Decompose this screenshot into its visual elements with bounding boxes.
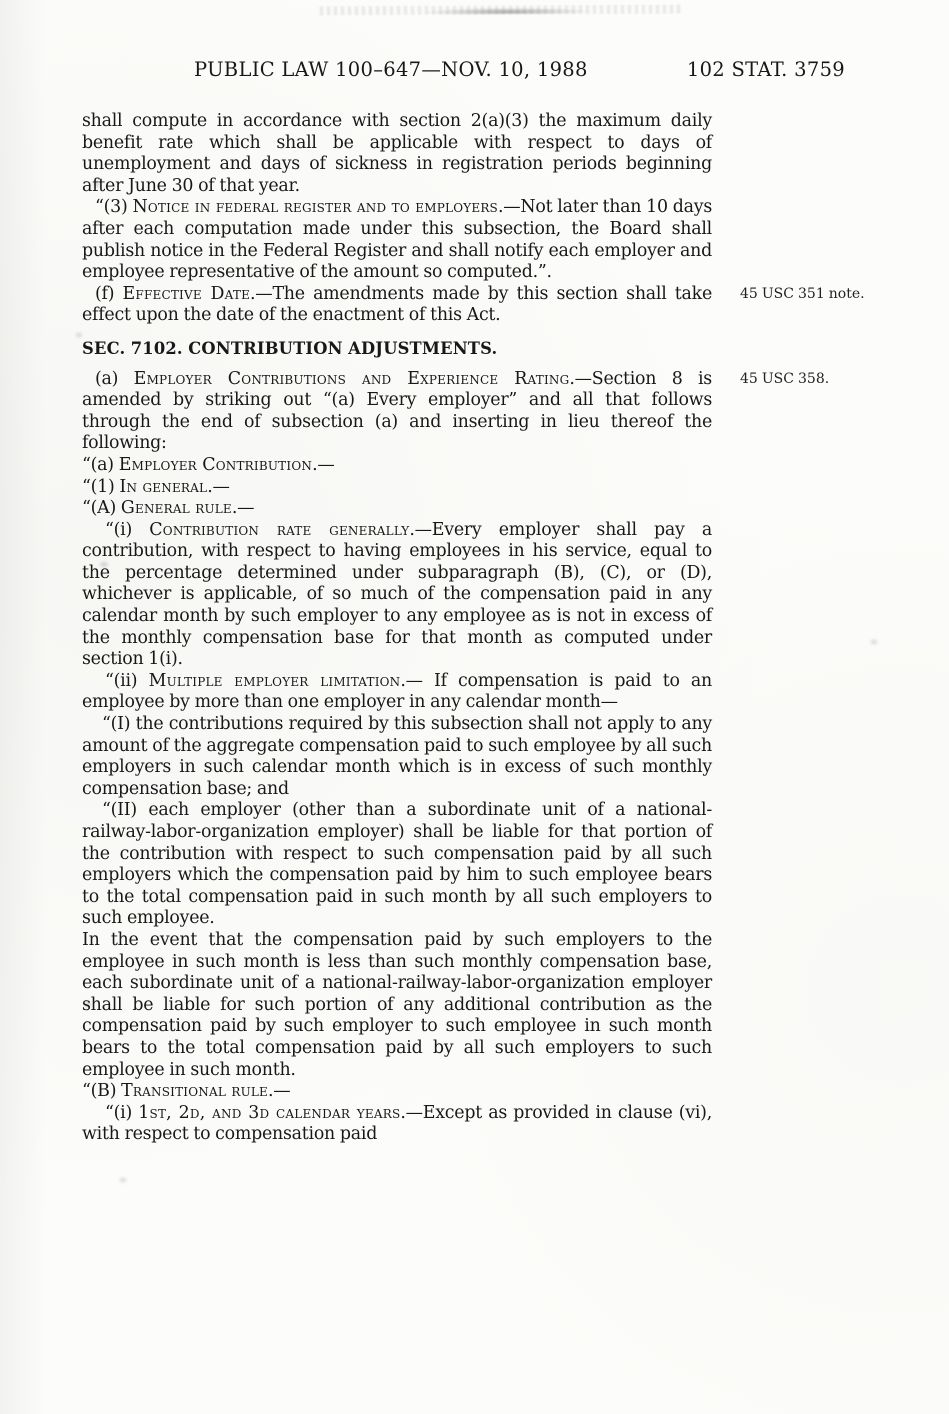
small-caps-run: Contribution rate generally — [149, 520, 409, 540]
para-3-notice-federal-register: “(3) Notice in federal register and to e… — [82, 197, 712, 283]
text-run: “(3) — [95, 197, 132, 217]
small-caps-run: 1st, 2d, and 3d calendar years — [138, 1103, 400, 1123]
margin-note: 45 USC 351 note. — [740, 286, 900, 303]
small-caps-run: General rule — [121, 498, 232, 518]
public-law-title: PUBLIC LAW 100–647—NOV. 10, 1988 — [194, 58, 588, 81]
para-II-employer-liable: “(II) each employer (other than a subord… — [82, 800, 712, 930]
para-I-contributions-aggregate: “(I) the contributions required by this … — [82, 714, 712, 800]
small-caps-run: Transitional rule — [121, 1081, 268, 1101]
text-run: (a) — [95, 369, 134, 389]
text-run: .— — [312, 455, 334, 475]
text-run: .— — [232, 498, 254, 518]
para-f-effective-date: (f) Effective Date.—The amendments made … — [82, 284, 712, 327]
para-i-contribution-rate: “(i) Contribution rate generally.—Every … — [82, 520, 712, 671]
scan-speck — [871, 640, 877, 644]
para-ii-multiple-employer: “(ii) Multiple employer limitation.— If … — [82, 671, 712, 714]
scan-edge-shadow — [0, 0, 46, 1414]
para-flush-in-the-event: In the event that the compensation paid … — [82, 930, 712, 1081]
text-run: “(i) — [105, 520, 149, 540]
para-a-employer-contribution: “(a) Employer Contribution.— — [82, 455, 712, 477]
para-B-transitional-rule: “(B) Transitional rule.— — [82, 1081, 712, 1103]
stat-page-number: 102 STAT. 3759 — [687, 58, 845, 81]
para-continuation-benefit-rate: shall compute in accordance with section… — [82, 111, 712, 197]
para-A-general-rule: “(A) General rule.— — [82, 498, 712, 520]
text-run: .—Every employer shall pay a contributio… — [82, 520, 712, 670]
small-caps-run: Multiple employer limitation — [149, 671, 401, 691]
small-caps-run: Employer Contribution — [119, 455, 312, 475]
scanned-statute-page: PUBLIC LAW 100–647—NOV. 10, 1988 102 STA… — [0, 0, 949, 1414]
text-run: (f) — [95, 284, 123, 304]
text-run: “(I) the contributions required by this … — [82, 714, 712, 799]
small-caps-run: Effective Date — [123, 284, 251, 304]
text-run: .— — [207, 477, 229, 497]
text-run: “(ii) — [105, 671, 149, 691]
para-1-in-general: “(1) In general.— — [82, 477, 712, 499]
heading-sec-7102: SEC. 7102. CONTRIBUTION ADJUSTMENTS. — [82, 338, 712, 360]
scan-speck — [120, 1178, 126, 1182]
text-run: In the event that the compensation paid … — [82, 930, 712, 1080]
small-caps-run: Employer Contributions and Experience Ra… — [134, 369, 570, 389]
text-run: “(1) — [82, 477, 119, 497]
margin-note: 45 USC 358. — [740, 371, 900, 388]
text-run: SEC. 7102. CONTRIBUTION ADJUSTMENTS. — [82, 339, 497, 358]
small-caps-run: Notice in federal register and to employ… — [132, 197, 498, 217]
small-caps-run: In general — [119, 477, 207, 497]
text-run: “(i) — [105, 1103, 138, 1123]
page-header: PUBLIC LAW 100–647—NOV. 10, 1988 102 STA… — [82, 58, 845, 81]
text-run: .— — [268, 1081, 290, 1101]
scan-smudge — [320, 5, 680, 16]
text-run: “(A) — [82, 498, 121, 518]
text-run: “(II) each employer (other than a subord… — [82, 800, 712, 928]
para-a-employer-contributions: (a) Employer Contributions and Experienc… — [82, 369, 712, 455]
text-run: shall compute in accordance with section… — [82, 111, 712, 196]
document-body: shall compute in accordance with section… — [82, 111, 712, 1146]
para-i-1st-2d-3d: “(i) 1st, 2d, and 3d calendar years.—Exc… — [82, 1103, 712, 1146]
text-run: “(a) — [82, 455, 119, 475]
text-run: “(B) — [82, 1081, 121, 1101]
